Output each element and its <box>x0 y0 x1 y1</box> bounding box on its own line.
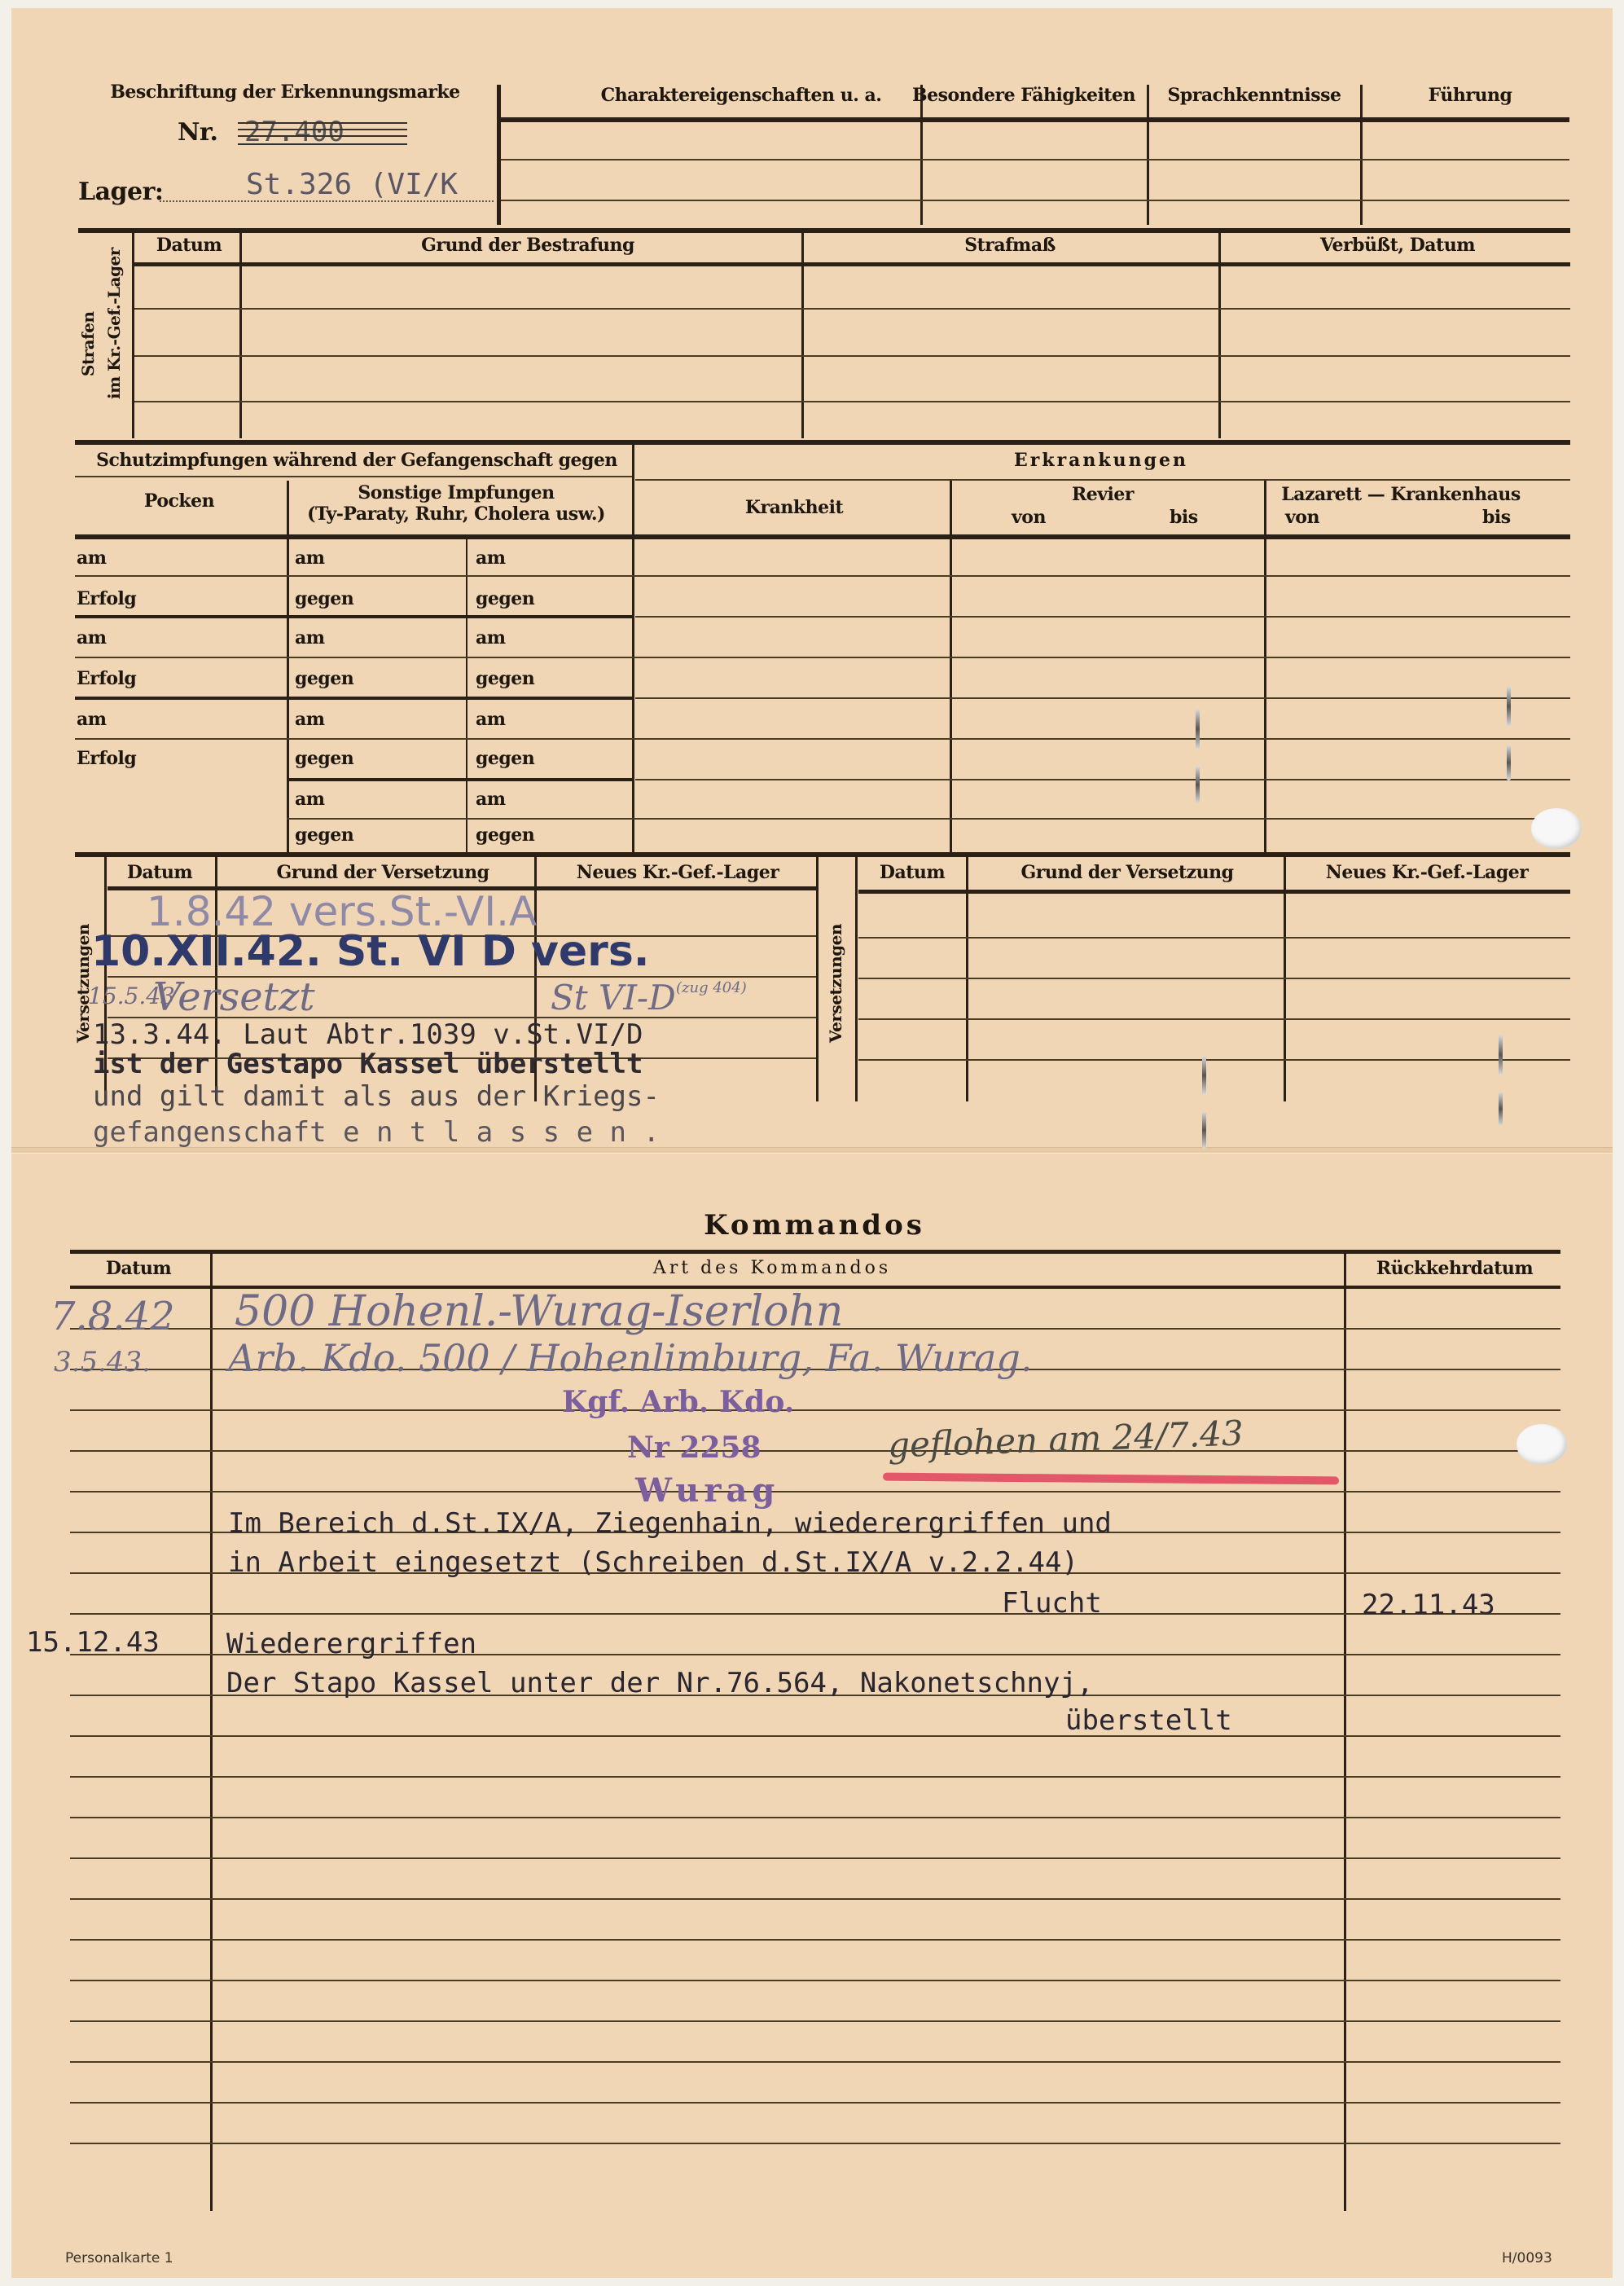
vers-stamp-2: 10.XII.42. St. VI D vers. <box>91 927 650 976</box>
lager-label: Lager: <box>78 178 163 206</box>
kom-typed-6: überstellt <box>1065 1704 1232 1737</box>
sonstige-b-am-4: am <box>476 789 506 810</box>
rule <box>858 1018 1570 1020</box>
divider <box>497 85 501 225</box>
rule <box>70 1450 1560 1452</box>
staple <box>1202 1111 1206 1149</box>
rule <box>75 440 1570 445</box>
sonstige-b-am-3: am <box>476 709 506 730</box>
form-id: H/0093 <box>1502 2250 1552 2266</box>
rule <box>78 228 1570 233</box>
kom-hand-date-2: 3.5.43. <box>54 1346 151 1378</box>
sonstige-a-am-2: am <box>295 627 325 648</box>
sonstige-a-gegen-2: gegen <box>295 668 353 689</box>
staple <box>1499 1035 1503 1075</box>
versetzungen-side-label-right: Versetzungen <box>826 924 845 1043</box>
rule <box>134 308 1570 310</box>
rule <box>134 401 1570 402</box>
kom-typed-4: Wiederergriffen <box>226 1628 476 1660</box>
rule <box>287 818 1570 820</box>
divider <box>632 445 634 852</box>
vers-col-lager-left: Neues Kr.-Gef.-Lager <box>577 862 779 883</box>
sonstige-b-gegen-3: gegen <box>476 748 534 769</box>
vers-col-grund-right: Grund der Versetzung <box>1020 862 1233 883</box>
revier-bis: bis <box>1170 507 1198 528</box>
sonstige-a-gegen-4: gegen <box>295 824 353 846</box>
divider <box>816 857 819 1101</box>
vers-col-grund-left: Grund der Versetzung <box>276 862 489 883</box>
col-faehigkeiten: Besondere Fähigkeiten <box>912 85 1135 106</box>
sonstige-a-am-4: am <box>295 789 325 810</box>
rule <box>70 2102 1560 2104</box>
rule <box>70 1898 1560 1900</box>
divider <box>1147 85 1149 225</box>
lazarett-von: von <box>1285 507 1319 528</box>
rule <box>75 476 632 477</box>
revier-von: von <box>1012 507 1046 528</box>
rule <box>70 2061 1560 2063</box>
sonstige-b-gegen-1: gegen <box>476 588 534 609</box>
pocken-erfolg-2: Erfolg <box>77 668 136 689</box>
rule <box>70 1817 1560 1818</box>
staple <box>1196 766 1200 803</box>
strike-line <box>238 135 407 137</box>
rule <box>75 657 1570 658</box>
sonstige-b-gegen-2: gegen <box>476 668 534 689</box>
rule <box>70 1735 1560 1737</box>
stamp-line-1: Kgf. Arb. Kdo. <box>562 1385 794 1419</box>
pocken-am-2: am <box>77 627 107 648</box>
rule <box>858 890 1570 894</box>
divider <box>855 857 858 1101</box>
col-pocken: Pocken <box>144 490 214 512</box>
sonstige-a-gegen-1: gegen <box>295 588 353 609</box>
pocken-erfolg-1: Erfolg <box>77 588 136 609</box>
col-strafmass: Strafmaß <box>964 235 1056 256</box>
rule <box>70 1857 1560 1859</box>
rule <box>70 1776 1560 1778</box>
strike-line <box>238 122 407 124</box>
col-datum: Datum <box>156 235 222 256</box>
rule <box>70 2143 1560 2144</box>
sonstige-a-am-1: am <box>295 547 325 569</box>
col-grund-bestrafung: Grund der Bestrafung <box>421 235 634 256</box>
sonstige-a-am-3: am <box>295 709 325 730</box>
strafen-side-label-2: im Kr.-Gef.-Lager <box>104 248 124 399</box>
rule <box>70 1491 1560 1492</box>
erkrankungen-title: Erkrankungen <box>1014 450 1188 471</box>
vers-hand-reason: Versetzt <box>153 974 315 1020</box>
col-sonstige: Sonstige Impfungen <box>358 482 554 503</box>
col-sprachen: Sprachkenntnisse <box>1167 85 1341 106</box>
divider <box>1284 857 1286 1101</box>
vers-typed-3: und gilt damit als aus der Kriegs- <box>93 1080 660 1113</box>
rule <box>134 262 1570 266</box>
divider <box>966 857 968 1101</box>
punch-hole <box>1516 1424 1567 1465</box>
kom-col-datum: Datum <box>106 1258 171 1279</box>
rule <box>75 575 1570 577</box>
staple <box>1507 745 1511 780</box>
stamp-line-3: Wurag <box>635 1471 779 1510</box>
kom-typed-5: Der Stapo Kassel unter der Nr.76.564, Na… <box>226 1667 1093 1699</box>
strike-line <box>238 129 407 130</box>
nr-label: Nr. <box>178 118 217 147</box>
rule <box>635 779 1570 780</box>
punch-hole <box>1531 808 1582 849</box>
divider <box>1360 85 1363 225</box>
rule <box>501 200 1569 201</box>
rule <box>635 479 1570 481</box>
form-name: Personalkarte 1 <box>65 2250 173 2266</box>
vers-hand-camp-note: (zug 404) <box>676 979 747 996</box>
kom-typed-2: in Arbeit eingesetzt (Schreiben d.St.IX/… <box>228 1546 1078 1579</box>
divider <box>210 1253 213 2211</box>
col-krankheit: Krankheit <box>745 497 843 518</box>
rule <box>70 1250 1560 1254</box>
rule <box>635 616 1570 618</box>
sonstige-b-am-2: am <box>476 627 506 648</box>
vers-col-datum-left: Datum <box>127 862 192 883</box>
rule <box>75 697 632 700</box>
impfungen-title: Schutzimpfungen während der Gefangenscha… <box>96 450 617 471</box>
lager-value: St.326 (VI/K <box>246 168 458 201</box>
pocken-am-3: am <box>77 709 107 730</box>
vers-typed-4: gefangenschaft e n t l a s s e n . <box>93 1116 660 1149</box>
rule <box>501 117 1569 122</box>
rule <box>75 534 1570 539</box>
rule <box>75 615 632 618</box>
rule <box>501 159 1569 160</box>
kommandos-title: Kommandos <box>704 1209 925 1242</box>
rule <box>70 1939 1560 1941</box>
vers-col-datum-right: Datum <box>880 862 945 883</box>
staple <box>1499 1092 1503 1126</box>
divider <box>466 539 467 852</box>
kom-col-rueckkehr: Rückkehrdatum <box>1376 1258 1533 1279</box>
rule <box>70 1980 1560 1981</box>
staple <box>1196 709 1200 750</box>
stamp-line-2: Nr 2258 <box>627 1431 762 1465</box>
col-fuehrung: Führung <box>1429 85 1512 106</box>
kom-return-date: 22.11.43 <box>1362 1589 1495 1621</box>
col-sonstige-sub: (Ty-Paraty, Ruhr, Cholera usw.) <box>307 503 605 525</box>
rule <box>70 2020 1560 2022</box>
rule <box>75 738 1570 740</box>
rule <box>287 778 632 781</box>
rule <box>75 852 1570 857</box>
divider <box>1344 1253 1346 2211</box>
col-verbuesst: Verbüßt, Datum <box>1320 235 1475 256</box>
col-charakter: Charaktereigenschaften u. a. <box>601 85 882 106</box>
vers-typed-1: 13.3.44. Laut Abtr.1039 v.St.VI/D <box>93 1018 643 1051</box>
strike-line <box>238 143 407 145</box>
vers-col-lager-right: Neues Kr.-Gef.-Lager <box>1326 862 1529 883</box>
rule <box>858 1059 1570 1061</box>
sonstige-b-gegen-4: gegen <box>476 824 534 846</box>
rule <box>858 937 1570 939</box>
kom-typed-date-4: 15.12.43 <box>26 1626 160 1659</box>
sonstige-a-gegen-3: gegen <box>295 748 353 769</box>
rule <box>134 355 1570 357</box>
staple <box>1507 686 1511 727</box>
strafen-side-label-1: Strafen <box>78 311 98 376</box>
rule <box>858 978 1570 979</box>
sonstige-b-am-1: am <box>476 547 506 569</box>
tag-label: Beschriftung der Erkennungsmarke <box>110 81 459 103</box>
rule <box>635 697 1570 699</box>
kom-typed-1: Im Bereich d.St.IX/A, Ziegenhain, wieder… <box>228 1507 1112 1540</box>
vers-typed-2: ist der Gestapo Kassel überstellt <box>93 1048 643 1080</box>
kom-hand-text-2: Arb. Kdo. 500 / Hohenlimburg, Fa. Wurag. <box>228 1336 1032 1380</box>
kom-typed-3: Flucht <box>1002 1587 1102 1620</box>
kom-hand-date-1: 7.8.42 <box>50 1294 175 1339</box>
pocken-erfolg-3: Erfolg <box>77 748 136 769</box>
rule <box>70 1409 1560 1411</box>
lazarett-bis: bis <box>1482 507 1511 528</box>
kom-hand-text-1: 500 Hohenl.-Wurag-Iserlohn <box>235 1287 843 1336</box>
col-lazarett: Lazarett — Krankenhaus <box>1281 484 1521 505</box>
pocken-am-1: am <box>77 547 107 569</box>
rule <box>70 1613 1560 1615</box>
kom-col-art: Art des Kommandos <box>653 1258 891 1278</box>
col-revier: Revier <box>1072 484 1134 505</box>
staple <box>1202 1056 1206 1095</box>
vers-hand-camp: St VI-D <box>551 978 676 1018</box>
